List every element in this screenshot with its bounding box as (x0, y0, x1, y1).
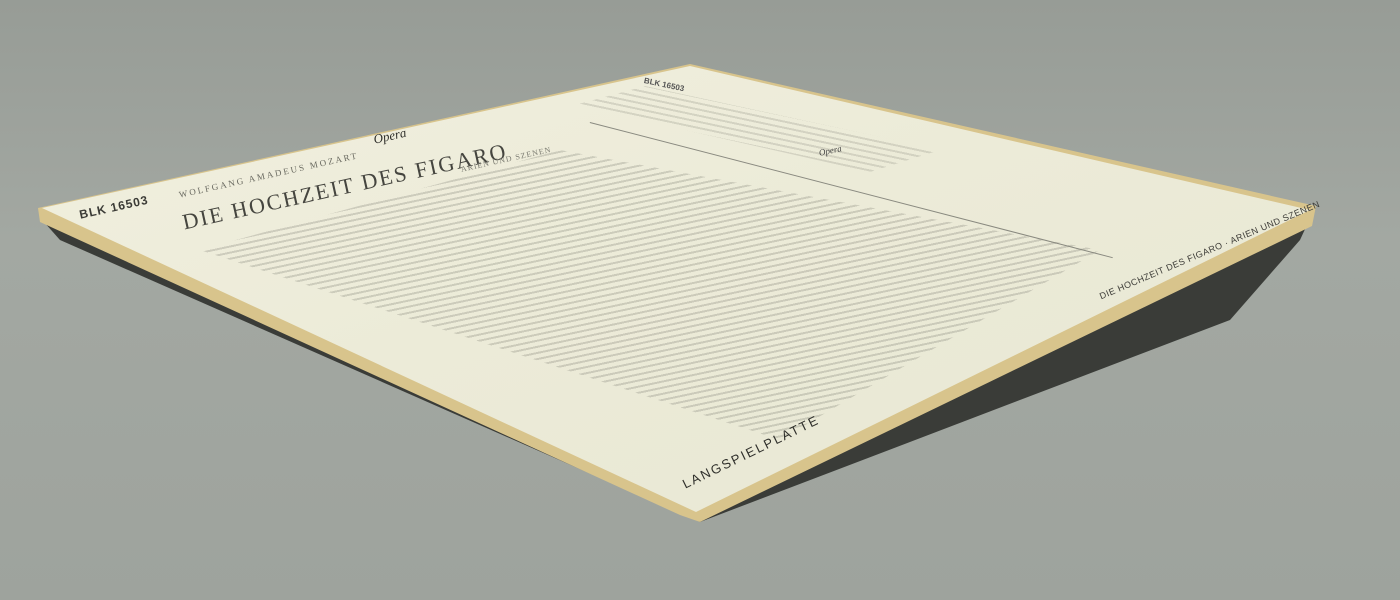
photo-scene: Opera BLK 16503 WOLFGANG AMADEUS MOZART … (0, 0, 1400, 600)
